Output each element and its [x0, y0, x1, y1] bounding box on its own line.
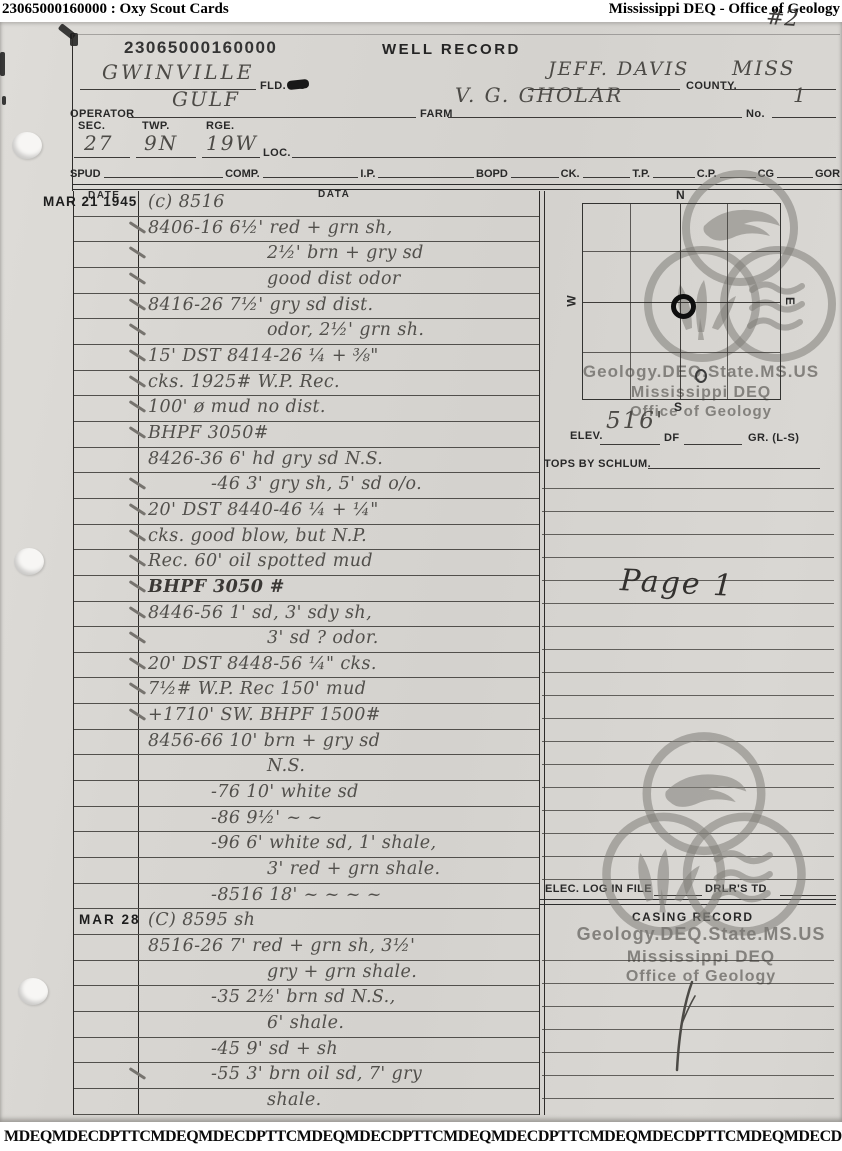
footer-token: MDECD: [491, 1128, 549, 1146]
date-cell: MAR 28: [74, 909, 139, 934]
operator-label: OPERATOR: [70, 108, 135, 120]
log-entry-text: (c) 8516: [139, 191, 539, 216]
footer-token: MDECD: [198, 1128, 256, 1146]
log-entry-text: 20' DST 8448-56 ¼" cks.: [139, 653, 539, 678]
footer-token: PTTC: [403, 1128, 444, 1146]
log-entry-text: 3' sd ? odor.: [139, 627, 539, 652]
date-cell: [74, 807, 139, 832]
log-entry-text: -55 3' brn oil sd, 7' gry: [139, 1063, 539, 1088]
grid-line: [583, 352, 780, 353]
table-row: -8516 18' ~ ~ ~ ~: [74, 884, 539, 910]
date-stamp: MAR 21 1945: [43, 194, 137, 209]
date-cell: [74, 319, 139, 344]
footer-token: MDEQ: [297, 1128, 345, 1146]
date-cell: [74, 576, 139, 601]
date-cell: [74, 986, 139, 1011]
print-header-bar: 23065000160000 : Oxy Scout Cards Mississ…: [0, 0, 842, 22]
table-row: shale.: [74, 1089, 539, 1115]
scan-artifact: [0, 52, 5, 76]
log-entry-text: BHPF 3050#: [139, 422, 539, 447]
sec-handwritten: 27: [84, 131, 113, 155]
screenshot-root: 23065000160000 : Oxy Scout Cards Mississ…: [0, 0, 842, 1151]
table-row: 8406-16 6½' red + grn sh,: [74, 217, 539, 243]
log-entry-text: Rec. 60' oil spotted mud: [139, 550, 539, 575]
table-row: +1710' SW. BHPF 1500#: [74, 704, 539, 730]
date-cell: [74, 730, 139, 755]
date-cell: [74, 1038, 139, 1063]
compass-east: E: [783, 297, 797, 305]
footer-token: MDEQ: [443, 1128, 491, 1146]
table-row: 20' DST 8440-46 ¼ + ¼": [74, 499, 539, 525]
table-row: cks. good blow, but N.P.: [74, 525, 539, 551]
field-name-handwritten: Gwinville: [102, 60, 254, 84]
log-entry-text: 2½' brn + gry sd: [139, 242, 539, 267]
date-cell: [74, 935, 139, 960]
date-cell: [74, 294, 139, 319]
log-entry-text: 8406-16 6½' red + grn sh,: [139, 217, 539, 242]
print-footer-bar: MDEQMDECDPTTCMDEQMDECDPTTCMDEQMDECDPTTCM…: [0, 1122, 842, 1151]
log-entry-text: +1710' SW. BHPF 1500#: [139, 704, 539, 729]
scan-artifact: [2, 96, 6, 105]
footer-token: MDEQ: [150, 1128, 198, 1146]
date-cell: [74, 602, 139, 627]
date-cell: [74, 704, 139, 729]
table-row: 8446-56 1' sd, 3' sdy sh,: [74, 602, 539, 628]
line: [263, 176, 359, 178]
table-row: BHPF 3050 #: [74, 576, 539, 602]
footer-token: MDECD: [52, 1128, 110, 1146]
log-entry-text: 8416-26 7½' gry sd dist.: [139, 294, 539, 319]
table-row: 3' red + grn shale.: [74, 858, 539, 884]
table-row: odor, 2½' grn sh.: [74, 319, 539, 345]
elev-label: ELEV.: [570, 430, 603, 442]
table-row: -35 2½' brn sd N.S.,: [74, 986, 539, 1012]
date-cell: [74, 653, 139, 678]
comp-label: COMP.: [225, 168, 260, 180]
ip-label: I.P.: [360, 168, 375, 180]
log-entry-text: N.S.: [139, 755, 539, 780]
footer-token: PTTC: [695, 1128, 736, 1146]
table-row: 6' shale.: [74, 1012, 539, 1038]
date-stamp: MAR 28: [79, 912, 141, 927]
date-cell: [74, 961, 139, 986]
form-title: WELL RECORD: [382, 41, 521, 58]
table-row: good dist odor: [74, 268, 539, 294]
log-entry-text: 15' DST 8414-26 ¼ + ⅜": [139, 345, 539, 370]
agency-title: Mississippi DEQ - Office of Geology: [609, 0, 842, 18]
date-cell: [74, 525, 139, 550]
log-table: MAR 21 1945(c) 85168406-16 6½' red + grn…: [73, 191, 540, 1115]
table-row: -86 9½' ~ ~: [74, 807, 539, 833]
handwritten-page-number: Page 1: [619, 563, 735, 604]
rge-handwritten: 19W: [206, 131, 258, 155]
table-row: -76 10' white sd: [74, 781, 539, 807]
date-cell: [74, 473, 139, 498]
date-cell: [74, 345, 139, 370]
watermark-office: Office of Geology: [560, 403, 842, 420]
table-row: 7½# W.P. Rec 150' mud: [74, 678, 539, 704]
grid-line: [583, 251, 780, 252]
log-entry-text: gry + grn shale.: [139, 961, 539, 986]
log-entry-text: -86 9½' ~ ~: [139, 807, 539, 832]
date-cell: [74, 832, 139, 857]
farm-underline: [448, 117, 742, 118]
log-entry-text: -76 10' white sd: [139, 781, 539, 806]
footer-token: MDECD: [784, 1128, 842, 1146]
table-row: MAR 28(C) 8595 sh: [74, 909, 539, 935]
table-row: gry + grn shale.: [74, 961, 539, 987]
log-entry-text: -46 3' gry sh, 5' sd o/o.: [139, 473, 539, 498]
log-entry-text: 100' ø mud no dist.: [139, 396, 539, 421]
date-cell: [74, 1012, 139, 1037]
table-row: -45 9' sd + sh: [74, 1038, 539, 1064]
log-entry-text: -35 2½' brn sd N.S.,: [139, 986, 539, 1011]
twp-handwritten: 9N: [144, 131, 178, 155]
date-cell: [74, 550, 139, 575]
date-cell: [74, 422, 139, 447]
footer-token: PTTC: [110, 1128, 151, 1146]
loc-label: LOC.: [263, 147, 291, 159]
date-cell: [74, 678, 139, 703]
table-row: 8416-26 7½' gry sd dist.: [74, 294, 539, 320]
sec-underline: [74, 157, 130, 158]
line: [511, 176, 559, 178]
date-cell: [74, 781, 139, 806]
log-entry-text: cks. 1925# W.P. Rec.: [139, 371, 539, 396]
secondary-location-mark: [695, 369, 707, 383]
twp-underline: [136, 157, 196, 158]
footer-token: MDEQ: [4, 1128, 52, 1146]
log-entry-text: -96 6' white sd, 1' shale,: [139, 832, 539, 857]
table-row: BHPF 3050#: [74, 422, 539, 448]
log-entry-text: 6' shale.: [139, 1012, 539, 1037]
spud-label: SPUD: [70, 168, 101, 180]
hole-punch: [18, 978, 48, 1005]
table-row: -46 3' gry sh, 5' sd o/o.: [74, 473, 539, 499]
date-cell: [74, 858, 139, 883]
table-row: -96 6' white sd, 1' shale,: [74, 832, 539, 858]
operator-underline: [128, 117, 416, 118]
date-cell: MAR 21 1945: [74, 191, 139, 216]
table-row: MAR 21 1945(c) 8516: [74, 191, 539, 217]
table-row: 8426-36 6' hd gry sd N.S.: [74, 448, 539, 474]
handwritten-check-mark: [668, 980, 698, 1075]
log-entry-text: (C) 8595 sh: [139, 909, 539, 934]
footer-token: PTTC: [549, 1128, 590, 1146]
log-entry-text: cks. good blow, but N.P.: [139, 525, 539, 550]
footer-token: MDEQ: [736, 1128, 784, 1146]
table-row: -55 3' brn oil sd, 7' gry: [74, 1063, 539, 1089]
table-row: 8456-66 10' brn + gry sd: [74, 730, 539, 756]
form-top-border: [72, 34, 840, 35]
well-no-handwritten: 1: [793, 83, 808, 107]
date-cell: [74, 396, 139, 421]
log-entry-text: 3' red + grn shale.: [139, 858, 539, 883]
gr-label: GR. (L-S): [748, 432, 799, 444]
log-entry-text: BHPF 3050 #: [139, 576, 539, 601]
log-entry-text: 20' DST 8440-46 ¼ + ¼": [139, 499, 539, 524]
date-cell: [74, 884, 139, 909]
footer-token: MDECD: [345, 1128, 403, 1146]
county-handwritten: Jeff. Davis: [548, 58, 689, 80]
well-id-number: 23065000160000: [124, 38, 277, 58]
well-location-marker: [671, 294, 696, 319]
date-cell: [74, 217, 139, 242]
farm-handwritten: V. G. Gholar: [455, 83, 623, 107]
date-cell: [74, 1089, 139, 1114]
footer-token: MDEQ: [590, 1128, 638, 1146]
deq-logo-watermark: [598, 730, 810, 942]
date-cell: [74, 755, 139, 780]
log-entry-text: 7½# W.P. Rec 150' mud: [139, 678, 539, 703]
well-no-underline: [772, 117, 836, 118]
log-entry-text: shale.: [139, 1089, 539, 1114]
date-cell: [74, 242, 139, 267]
compass-west: W: [565, 295, 579, 306]
bopd-label: BOPD: [476, 168, 508, 180]
log-entry-text: 8456-66 10' brn + gry sd: [139, 730, 539, 755]
table-row: 2½' brn + gry sd: [74, 242, 539, 268]
table-row: 15' DST 8414-26 ¼ + ⅜": [74, 345, 539, 371]
date-cell: [74, 448, 139, 473]
compass-south: S: [674, 400, 682, 414]
log-entry-text: odor, 2½' grn sh.: [139, 319, 539, 344]
log-entry-text: -8516 18' ~ ~ ~ ~: [139, 884, 539, 909]
date-cell: [74, 1063, 139, 1088]
log-entry-text: 8516-26 7' red + grn sh, 3½': [139, 935, 539, 960]
table-row: 20' DST 8448-56 ¼" cks.: [74, 653, 539, 679]
log-entry-text: 8426-36 6' hd gry sd N.S.: [139, 448, 539, 473]
document-id-title: 23065000160000 : Oxy Scout Cards: [0, 0, 229, 18]
well-no-label: No.: [746, 108, 765, 120]
table-row: N.S.: [74, 755, 539, 781]
footer-token: PTTC: [256, 1128, 297, 1146]
table-row: cks. 1925# W.P. Rec.: [74, 371, 539, 397]
table-row: 100' ø mud no dist.: [74, 396, 539, 422]
table-row: 3' sd ? odor.: [74, 627, 539, 653]
date-cell: [74, 627, 139, 652]
footer-token: MDECD: [637, 1128, 695, 1146]
operator-handwritten: Gulf: [172, 87, 240, 111]
date-cell: [74, 499, 139, 524]
compass-north: N: [676, 188, 685, 202]
line: [104, 176, 224, 178]
elev-underline: [600, 444, 660, 445]
line: [378, 176, 474, 178]
df-underline: [684, 444, 742, 445]
line: [583, 176, 631, 178]
state-underline: [724, 89, 836, 90]
date-cell: [74, 268, 139, 293]
log-entry-text: good dist odor: [139, 268, 539, 293]
rge-underline: [202, 157, 260, 158]
table-row: Rec. 60' oil spotted mud: [74, 550, 539, 576]
location-plat-map: [582, 203, 781, 400]
table-row: 8516-26 7' red + grn sh, 3½': [74, 935, 539, 961]
handwritten-page-annotation: #2: [765, 5, 799, 32]
ck-label: CK.: [561, 168, 580, 180]
elev-handwritten: 516': [606, 408, 664, 434]
loc-underline: [292, 157, 836, 158]
log-entry-text: -45 9' sd + sh: [139, 1038, 539, 1063]
df-label: DF: [664, 432, 679, 444]
log-entry-text: 8446-56 1' sd, 3' sdy sh,: [139, 602, 539, 627]
state-handwritten: Miss: [732, 56, 795, 80]
date-cell: [74, 371, 139, 396]
hole-punch: [12, 132, 42, 159]
hole-punch: [14, 548, 44, 575]
